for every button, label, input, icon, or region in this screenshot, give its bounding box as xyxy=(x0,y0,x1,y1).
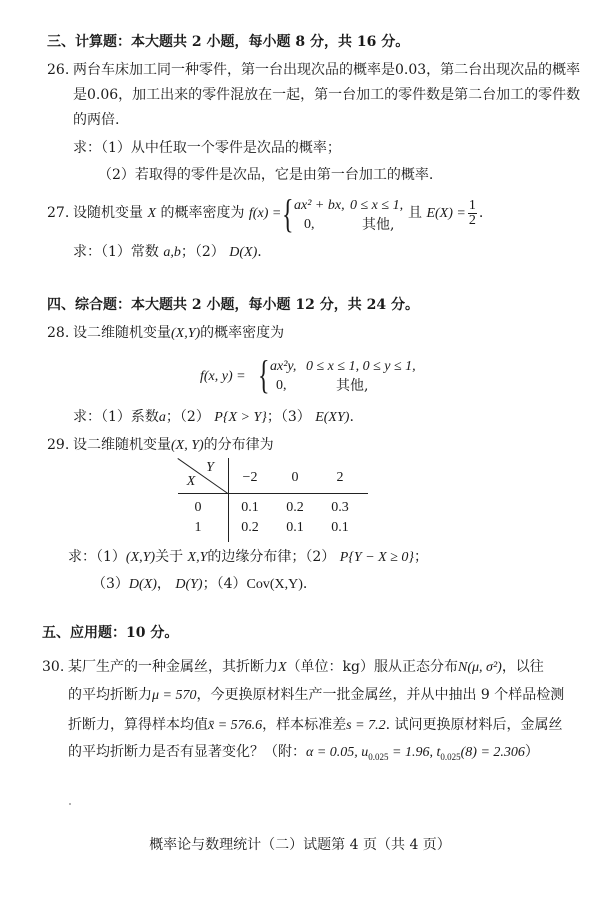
table-cell: 0.3 xyxy=(320,500,360,516)
table-row-label: 1 xyxy=(183,520,213,536)
q27-case1-expr: ax² + bx, xyxy=(294,197,345,215)
q26-line-2: 是0.06，加工出来的零件混放在一起，第一台加工的零件数是第二台加工的零件数 xyxy=(73,86,580,104)
q30-line-1: 某厂生产的一种金属丝，其折断力X（单位：kg）服从正态分布N(μ, σ²)，以往 xyxy=(68,658,544,677)
q26-ask-2: （2）若取得的零件是次品，它是由第一台加工的概率. xyxy=(98,166,433,184)
table-cell: 0.2 xyxy=(230,520,270,536)
q28-ask: 求：（1）系数a；（2） P{X > Y}；（3） E(XY). xyxy=(73,408,354,427)
q28-intro: 设二维随机变量(X,Y)的概率密度为 xyxy=(73,324,284,343)
q26-line-3: 的两倍. xyxy=(73,111,119,129)
distribution-table: Y X −2 0 2 0 0.1 0.2 0.3 1 0.2 0.1 0.1 xyxy=(178,458,368,542)
q28-case1-cond: 0 ≤ x ≤ 1, 0 ≤ y ≤ 1, xyxy=(306,358,416,376)
q27-var-x: X xyxy=(147,206,156,221)
q30-line-4: 的平均折断力是否有显著变化？（附：α = 0.05, u0.025 = 1.96… xyxy=(68,743,539,766)
table-col-label: −2 xyxy=(230,470,270,486)
table-cell: 0.2 xyxy=(275,500,315,516)
q29-ask-2: （3）D(X)， D(Y)；（4）Cov(X,Y). xyxy=(92,575,307,594)
q29-intro: 设二维随机变量(X, Y)的分布律为 xyxy=(73,436,274,455)
q27-brace-icon: { xyxy=(282,194,294,234)
table-cell: 0.1 xyxy=(230,500,270,516)
scan-speck xyxy=(69,803,71,805)
section-3-heading: 三、计算题：本大题共 2 小题，每小题 8 分，共 16 分。 xyxy=(47,33,409,51)
q27-number: 27. xyxy=(47,204,69,222)
table-horizontal-rule xyxy=(178,493,368,494)
q28-case2-cond: 其他, xyxy=(336,377,368,395)
q26-ask-1: 求：（1）从中任取一个零件是次品的概率； xyxy=(73,139,341,157)
q27-condition: 且 E(X) =12. xyxy=(408,198,483,229)
page-footer: 概率论与数理统计（二）试题第 4 页（共 4 页） xyxy=(0,834,600,854)
table-col-label: 2 xyxy=(320,470,360,486)
q29-number: 29. xyxy=(47,436,69,454)
q28-fxy: f(x, y) = xyxy=(200,368,246,386)
q28-brace-icon: { xyxy=(258,355,270,395)
section-4-heading: 四、综合题：本大题共 2 小题，每小题 12 分，共 24 分。 xyxy=(47,296,419,314)
q27-intro: 设随机变量 X 的概率密度为 f(x) = xyxy=(73,204,281,223)
q27-fraction: 12 xyxy=(468,199,477,228)
q27-case1-cond: 0 ≤ x ≤ 1, xyxy=(350,197,403,215)
q28-case2-expr: 0, xyxy=(276,377,287,395)
table-row-label: 0 xyxy=(183,500,213,516)
q27-ask: 求：（1）常数 a,b；（2） D(X). xyxy=(73,243,262,262)
table-col-label: 0 xyxy=(275,470,315,486)
table-cell: 0.1 xyxy=(320,520,360,536)
q29-ask-1: 求：（1）(X,Y)关于 X,Y的边缘分布律；（2） P{Y − X ≥ 0}； xyxy=(68,548,428,567)
q28-case1-expr: ax²y, xyxy=(270,358,296,376)
q26-line-1: 两台车床加工同一种零件，第一台出现次品的概率是0.03，第二台出现次品的概率 xyxy=(73,61,580,79)
q27-case2-expr: 0, xyxy=(304,216,315,234)
table-row-header: X xyxy=(181,474,201,490)
q27-fx: f(x) = xyxy=(249,206,281,221)
q30-number: 30. xyxy=(42,658,64,676)
table-cell: 0.1 xyxy=(275,520,315,536)
q30-line-2: 的平均折断力μ = 570，今更换原材料生产一批金属丝，并从中抽出 9 个样品检… xyxy=(68,686,564,705)
q26-number: 26. xyxy=(47,61,69,79)
q27-case2-cond: 其他, xyxy=(362,216,394,234)
q28-number: 28. xyxy=(47,324,69,342)
table-col-header: Y xyxy=(200,460,220,476)
table-vertical-rule xyxy=(228,458,229,542)
q30-line-3: 折断力，算得样本均值x̄ = 576.6，样本标准差s = 7.2. 试问更换原… xyxy=(68,716,562,735)
section-5-heading: 五、应用题：10 分。 xyxy=(42,624,178,642)
